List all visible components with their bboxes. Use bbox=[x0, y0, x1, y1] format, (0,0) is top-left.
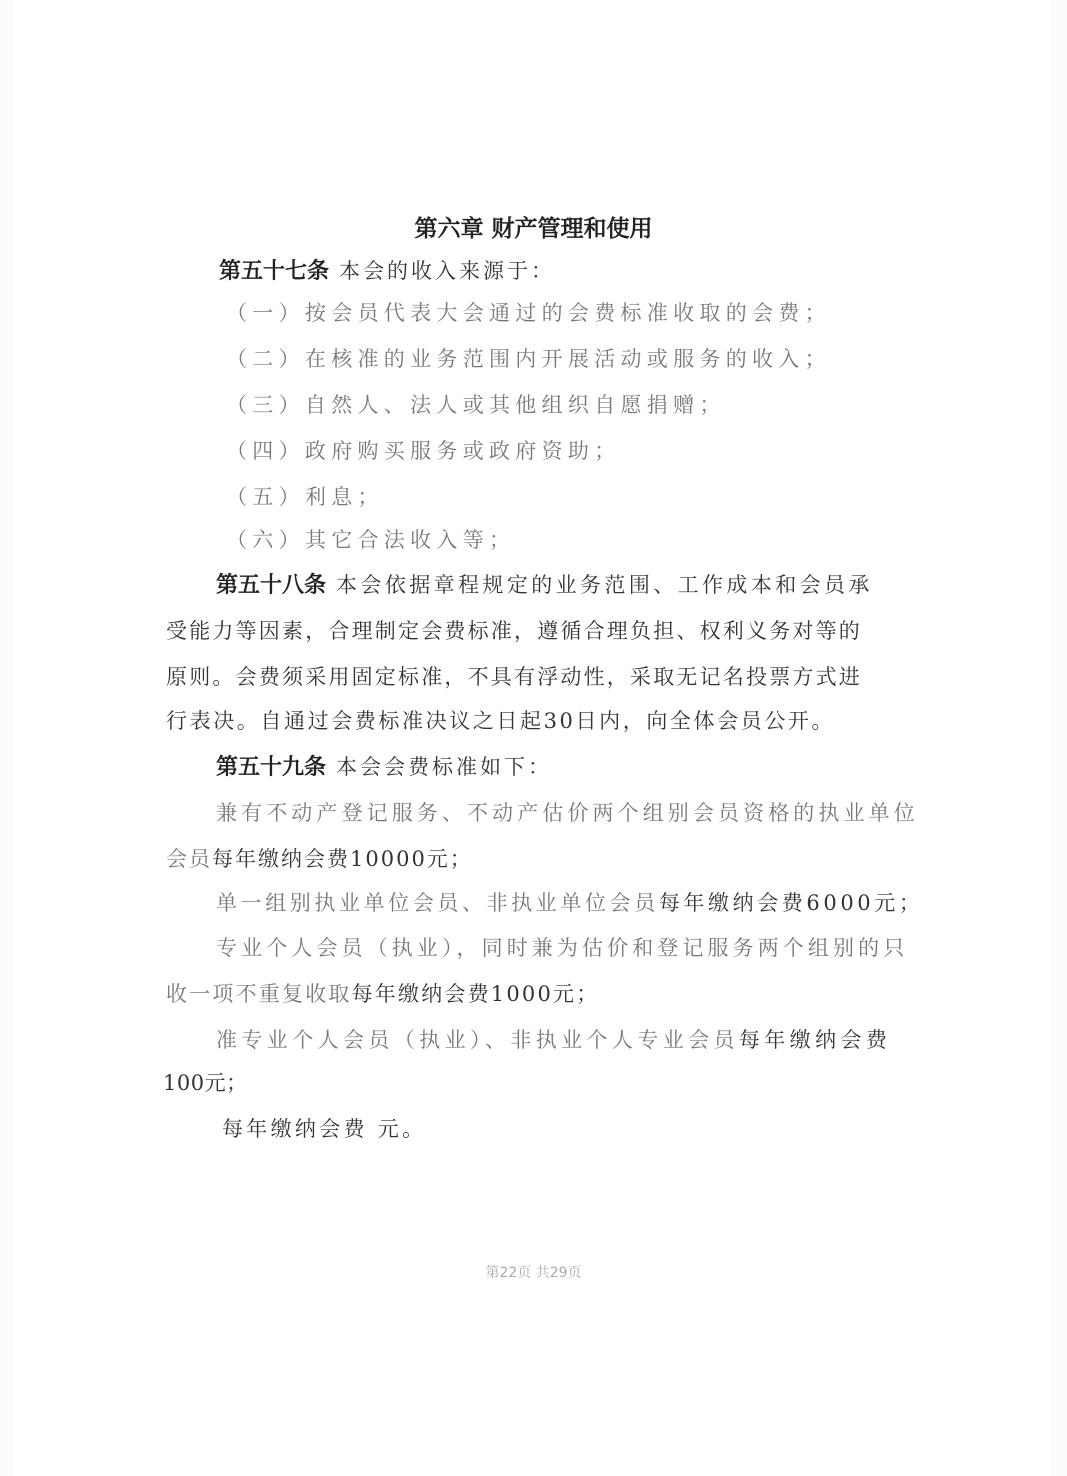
article-58-line-3: 原则。会费须采用固定标准，不具有浮动性，采取无记名投票方式进 bbox=[166, 662, 862, 692]
income-item-5: （五）利息； bbox=[226, 482, 384, 512]
article-59-heading: 第五十九条本会会费标准如下： bbox=[216, 752, 552, 783]
fee-3-line-2: 收一项不重复收取每年缴纳会费1000元； bbox=[166, 979, 599, 1009]
fee-3-amount: 每年缴纳会费1000元； bbox=[352, 982, 600, 1006]
fee-1-amount: 每年缴纳会费10000元； bbox=[212, 847, 473, 871]
article-57-label: 第五十七条 bbox=[219, 259, 329, 284]
article-57-intro: 本会的收入来源于： bbox=[339, 259, 555, 283]
income-item-6: （六）其它合法收入等； bbox=[226, 525, 515, 555]
article-59-label: 第五十九条 bbox=[216, 755, 326, 780]
fee-1-line-1: 兼有不动产登记服务、不动产估价两个组别会员资格的执业单位 bbox=[216, 798, 919, 828]
fee-2-amount: 每年缴纳会费6000元； bbox=[659, 891, 924, 915]
income-item-1: （一）按会员代表大会通过的会费标准收取的会费； bbox=[226, 298, 831, 328]
fee-4-line-1: 准专业个人会员（执业）、非执业个人专业会员每年缴纳会费 bbox=[216, 1025, 891, 1055]
article-57-heading: 第五十七条本会的收入来源于： bbox=[219, 256, 555, 287]
fee-2-line-1: 单一组别执业单位会员、非执业单位会员每年缴纳会费6000元； bbox=[216, 888, 923, 918]
article-58-text-1: 本会依据章程规定的业务范围、工作成本和会员承 bbox=[336, 573, 873, 597]
article-58-line-1: 第五十八条本会依据章程规定的业务范围、工作成本和会员承 bbox=[216, 570, 873, 601]
fee-2-member-type: 单一组别执业单位会员、非执业单位会员 bbox=[216, 891, 659, 915]
fee-3-line-1: 专业个人会员（执业），同时兼为估价和登记服务两个组别的只 bbox=[216, 933, 908, 963]
income-item-2: （二）在核准的业务范围内开展活动或服务的收入； bbox=[226, 344, 831, 374]
fee-1-line-2: 会员每年缴纳会费10000元； bbox=[166, 844, 473, 874]
fee-3-member-type: 收一项不重复收取 bbox=[166, 982, 352, 1006]
article-58-label: 第五十八条 bbox=[216, 573, 326, 598]
fee-1-member-type: 会员 bbox=[166, 847, 212, 871]
fee-5-blank: 每年缴纳会费 元。 bbox=[222, 1114, 426, 1144]
article-58-line-4: 行表决。自通过会费标准决议之日起30日内，向全体会员公开。 bbox=[166, 706, 835, 736]
fee-4-amount-label: 每年缴纳会费 bbox=[739, 1028, 891, 1052]
fee-4-member-type: 准专业个人会员（执业）、非执业个人专业会员 bbox=[216, 1028, 739, 1052]
fee-4-line-2: 100元； bbox=[163, 1068, 248, 1098]
income-item-3: （三）自然人、法人或其他组织自愿捐赠； bbox=[226, 390, 726, 420]
page-number: 第22页 共29页 bbox=[0, 1262, 1067, 1282]
article-58-line-2: 受能力等因素，合理制定会费标准，遵循合理负担、权利义务对等的 bbox=[166, 616, 862, 646]
article-59-intro: 本会会费标准如下： bbox=[336, 755, 552, 779]
income-item-4: （四）政府购买服务或政府资助； bbox=[226, 436, 621, 466]
chapter-title: 第六章 财产管理和使用 bbox=[0, 210, 1067, 243]
